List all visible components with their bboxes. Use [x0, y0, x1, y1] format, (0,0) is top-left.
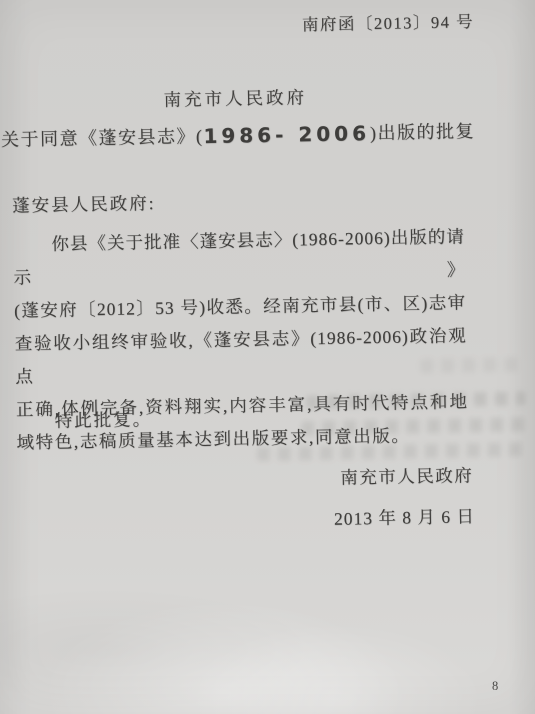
document-page: 南府函〔2013〕94 号 南充市人民政府 关于同意《蓬安县志》(1986- 2… [0, 0, 535, 714]
subtitle-suffix: )出版的批复 [370, 121, 475, 143]
document-reference-number: 南府函〔2013〕94 号 [302, 8, 475, 35]
issuing-authority-title: 南充市人民政府 [10, 81, 460, 114]
document-subtitle: 关于同意《蓬安县志》(1986- 2006)出版的批复 [1, 117, 471, 152]
subtitle-prefix: 关于同意《蓬安县志》( [1, 126, 204, 150]
signature-authority: 南充市人民政府 [340, 462, 473, 489]
ink-bleed-smudge [420, 357, 520, 373]
ink-bleed-smudge [306, 391, 526, 409]
page-number: 8 [492, 679, 498, 694]
subtitle-years: 1986- 2006 [203, 121, 370, 148]
ink-bleed-smudge [301, 417, 529, 435]
signature-date: 2013 年 8 月 6 日 [334, 503, 475, 531]
salutation: 蓬安县人民政府: [12, 190, 156, 218]
body-line: 查验收小组终审验收,《蓬安县志》(1986-2006)政治观点 [14, 319, 467, 393]
body-line: 你县《关于批准〈蓬安县志〉(1986-2006)出版的请示》 [13, 220, 466, 294]
